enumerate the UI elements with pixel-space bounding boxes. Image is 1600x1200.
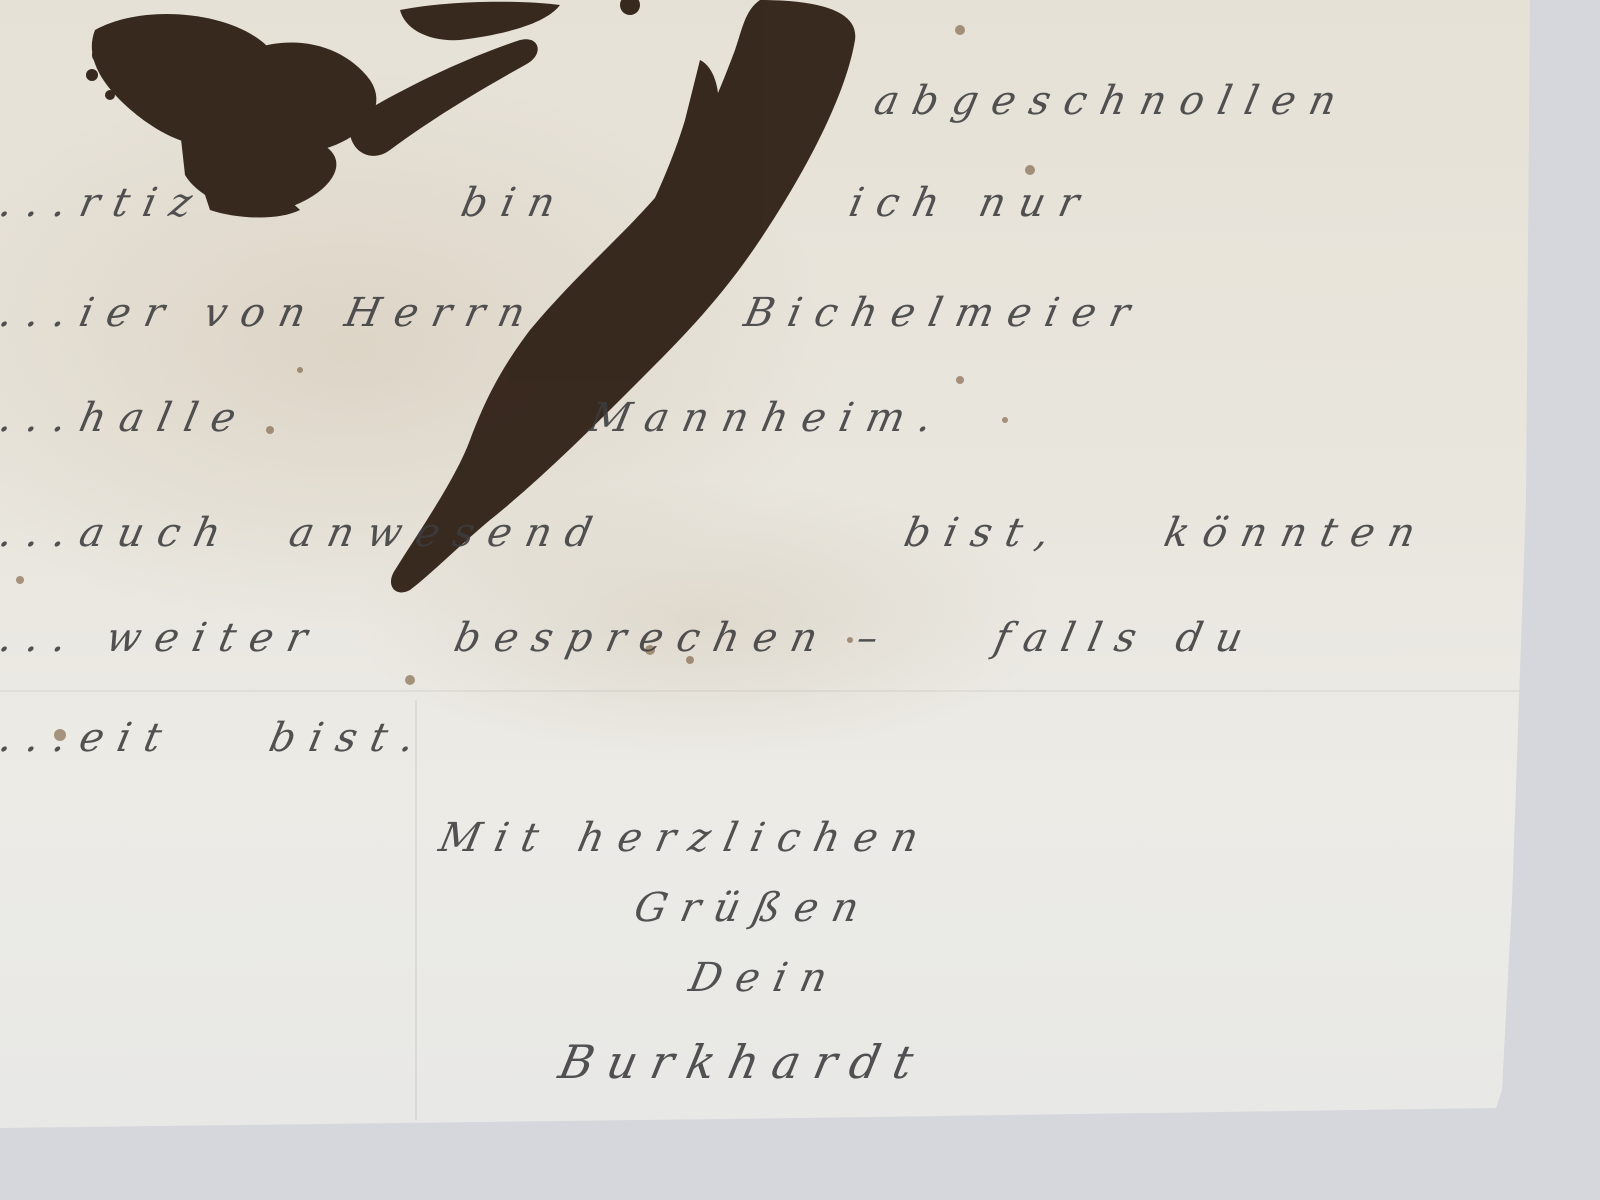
handwritten-text: ...halle [0, 395, 254, 441]
handwritten-text: besprechen – [450, 615, 896, 661]
signature: Burkhardt [554, 1035, 932, 1089]
handwritten-text: ...ier von Herrn [0, 290, 543, 336]
handwritten-text: falls du [990, 615, 1261, 661]
handwritten-text: ...auch [0, 510, 239, 556]
handwritten-text: ich nur [845, 180, 1097, 226]
handwritten-text: Mannheim. [585, 395, 950, 441]
handwritten-text: bist. [265, 715, 432, 761]
handwritten-text: anwesend [285, 510, 610, 556]
handwritten-text: abgeschnollen [870, 78, 1354, 124]
closing-greeting: Grüßen [630, 885, 877, 931]
handwritten-text: Bichelmeier [740, 290, 1148, 336]
handwritten-text: ...rtiz [0, 180, 210, 226]
closing-greeting: Dein [685, 955, 845, 1001]
closing-greeting: Mit herzlichen [435, 815, 936, 861]
handwritten-text: ...eit [0, 715, 180, 761]
handwritten-text: bist, [900, 510, 1067, 556]
handwritten-text: bin [457, 180, 573, 226]
letter-paper: abgeschnollen ...rtiz bin ich nur ...ier… [0, 0, 1530, 1128]
handwritten-text: ... weiter [0, 615, 325, 661]
handwritten-text: könnten [1160, 510, 1433, 556]
